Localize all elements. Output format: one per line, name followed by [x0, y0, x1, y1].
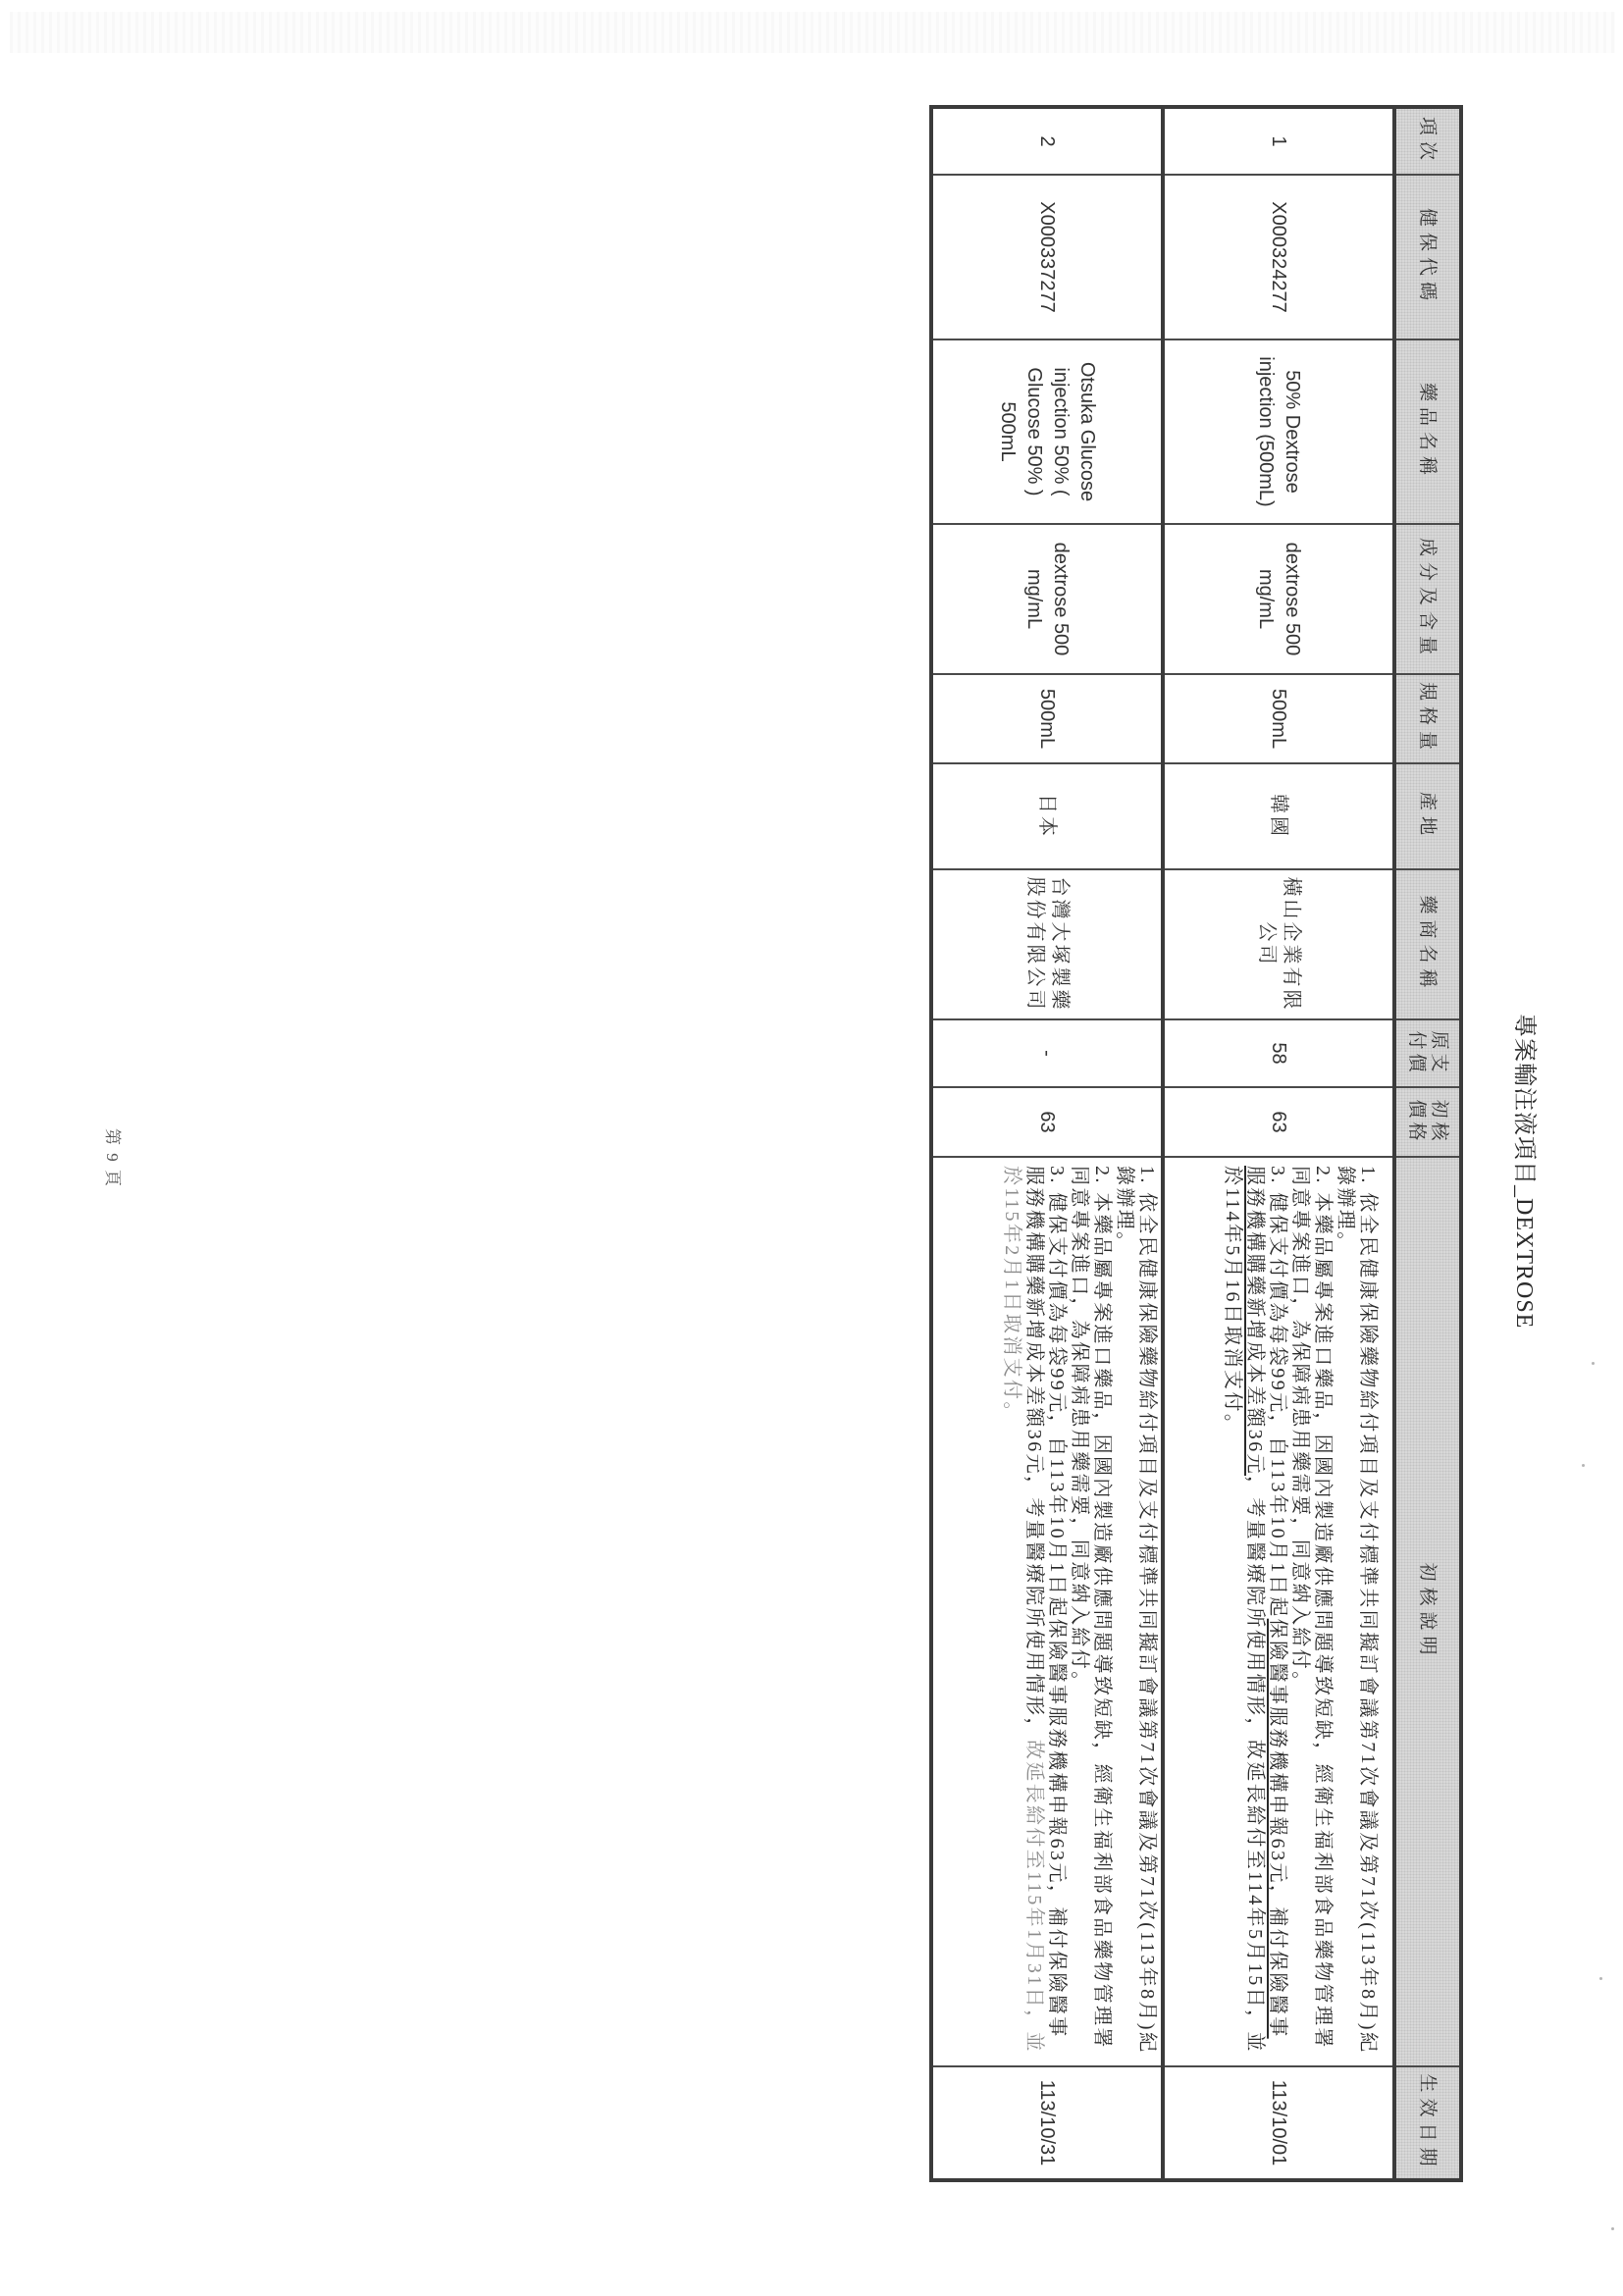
description-item: 3. 健保支付價為每袋99元，自113年10月1日起保險醫事服務機構申報63元，…	[1000, 1166, 1068, 2058]
table-header-row: 項次 健保代碼 藥品名稱 成分及含量 規格量 產地 藥商名稱 原支付價 初核價格…	[1394, 107, 1461, 2180]
table-row: 1 X000324277 50% Dextrose injection (500…	[1163, 107, 1394, 2180]
cell-ingredient: dextrose 500 mg/mL	[931, 524, 1163, 674]
cell-initial-price: 63	[1163, 1087, 1394, 1157]
cell-item-no: 1	[1163, 107, 1394, 175]
cell-effective-date: 113/10/31	[931, 2066, 1163, 2180]
header-description: 初核說明	[1394, 1157, 1461, 2066]
cell-item-no: 2	[931, 107, 1163, 175]
description-segment: 3. 健保支付價為每袋99元，自113年10月1日起	[1267, 1166, 1288, 1619]
header-drug-name: 藥品名稱	[1394, 339, 1461, 524]
cell-nhi-code: X000324277	[1163, 175, 1394, 339]
cell-origin: 韓國	[1163, 763, 1394, 869]
scan-speck	[1582, 1464, 1585, 1467]
cell-description: 1. 依全民健康保險藥物給付項目及支付標準共同擬訂會議第71次會議及第71次(1…	[931, 1157, 1163, 2066]
document-title: 專案輸注液項目_DEXTROSE	[1510, 1014, 1538, 1329]
header-initial-price: 初核價格	[1394, 1087, 1461, 1157]
cell-effective-date: 113/10/01	[1163, 2066, 1394, 2180]
description-item: 2. 本藥品屬專案進口藥品，因國內製造廠供應問題導致短缺，經衛生福利部食品藥物管…	[1288, 1166, 1334, 2058]
cell-drug-name: Otsuka Glucose injection 50% ( Glucose 5…	[931, 339, 1163, 524]
table-row: 2 X000337277 Otsuka Glucose injection 50…	[931, 107, 1163, 2180]
header-origin: 產地	[1394, 763, 1461, 869]
description-segment: 2. 本藥品屬專案進口藥品，因國內製造廠供應問題導致短缺，經衛生福利部食品藥物管…	[1289, 1166, 1334, 2050]
cell-initial-price: 63	[931, 1087, 1163, 1157]
cell-vendor: 台灣大塚製藥股份有限公司	[931, 869, 1163, 1019]
header-effective-date: 生效日期	[1394, 2066, 1461, 2180]
cell-ingredient: dextrose 500 mg/mL	[1163, 524, 1394, 674]
description-item: 1. 依全民健康保險藥物給付項目及支付標準共同擬訂會議第71次會議及第71次(1…	[1113, 1166, 1158, 2058]
description-item: 1. 依全民健康保險藥物給付項目及支付標準共同擬訂會議第71次會議及第71次(1…	[1334, 1166, 1379, 2058]
description-segment: 2. 本藥品屬專案進口藥品，因國內製造廠供應問題導致短缺，經衛生福利部食品藥物管…	[1069, 1166, 1113, 2050]
cell-original-price: -	[931, 1019, 1163, 1087]
header-ingredient: 成分及含量	[1394, 524, 1461, 674]
scan-speck	[1599, 1977, 1602, 1980]
cell-nhi-code: X000337277	[931, 175, 1163, 339]
description-segment: 1. 依全民健康保險藥物給付項目及支付標準共同擬訂會議第71次會議及第71次(1…	[1114, 1166, 1158, 2054]
scan-speck	[1592, 1362, 1595, 1365]
cell-origin: 日本	[931, 763, 1163, 869]
scan-artifact-band	[10, 12, 1615, 53]
description-segment: 1. 依全民健康保險藥物給付項目及支付標準共同擬訂會議第71次會議及第71次(1…	[1335, 1166, 1379, 2054]
cell-spec: 500mL	[1163, 674, 1394, 763]
cell-drug-name: 50% Dextrose injection (500mL)	[1163, 339, 1394, 524]
description-item: 2. 本藥品屬專案進口藥品，因國內製造廠供應問題導致短缺，經衛生福利部食品藥物管…	[1068, 1166, 1113, 2058]
cell-original-price: 58	[1163, 1019, 1394, 1087]
header-nhi-code: 健保代碼	[1394, 175, 1461, 339]
header-item-no: 項次	[1394, 107, 1461, 175]
page-number: 第 9 頁	[102, 1128, 122, 1188]
drug-table-container: 項次 健保代碼 藥品名稱 成分及含量 規格量 產地 藥商名稱 原支付價 初核價格…	[930, 105, 1463, 2178]
header-original-price: 原支付價	[1394, 1019, 1461, 1087]
description-item: 3. 健保支付價為每袋99元，自113年10月1日起保險醫事服務機構申報63元，…	[1221, 1166, 1288, 2058]
drug-table: 項次 健保代碼 藥品名稱 成分及含量 規格量 產地 藥商名稱 原支付價 初核價格…	[929, 105, 1463, 2182]
scan-speck	[1611, 2227, 1614, 2230]
header-spec: 規格量	[1394, 674, 1461, 763]
cell-spec: 500mL	[931, 674, 1163, 763]
header-vendor: 藥商名稱	[1394, 869, 1461, 1019]
cell-description: 1. 依全民健康保險藥物給付項目及支付標準共同擬訂會議第71次會議及第71次(1…	[1163, 1157, 1394, 2066]
cell-vendor: 橫山企業有限公司	[1163, 869, 1394, 1019]
